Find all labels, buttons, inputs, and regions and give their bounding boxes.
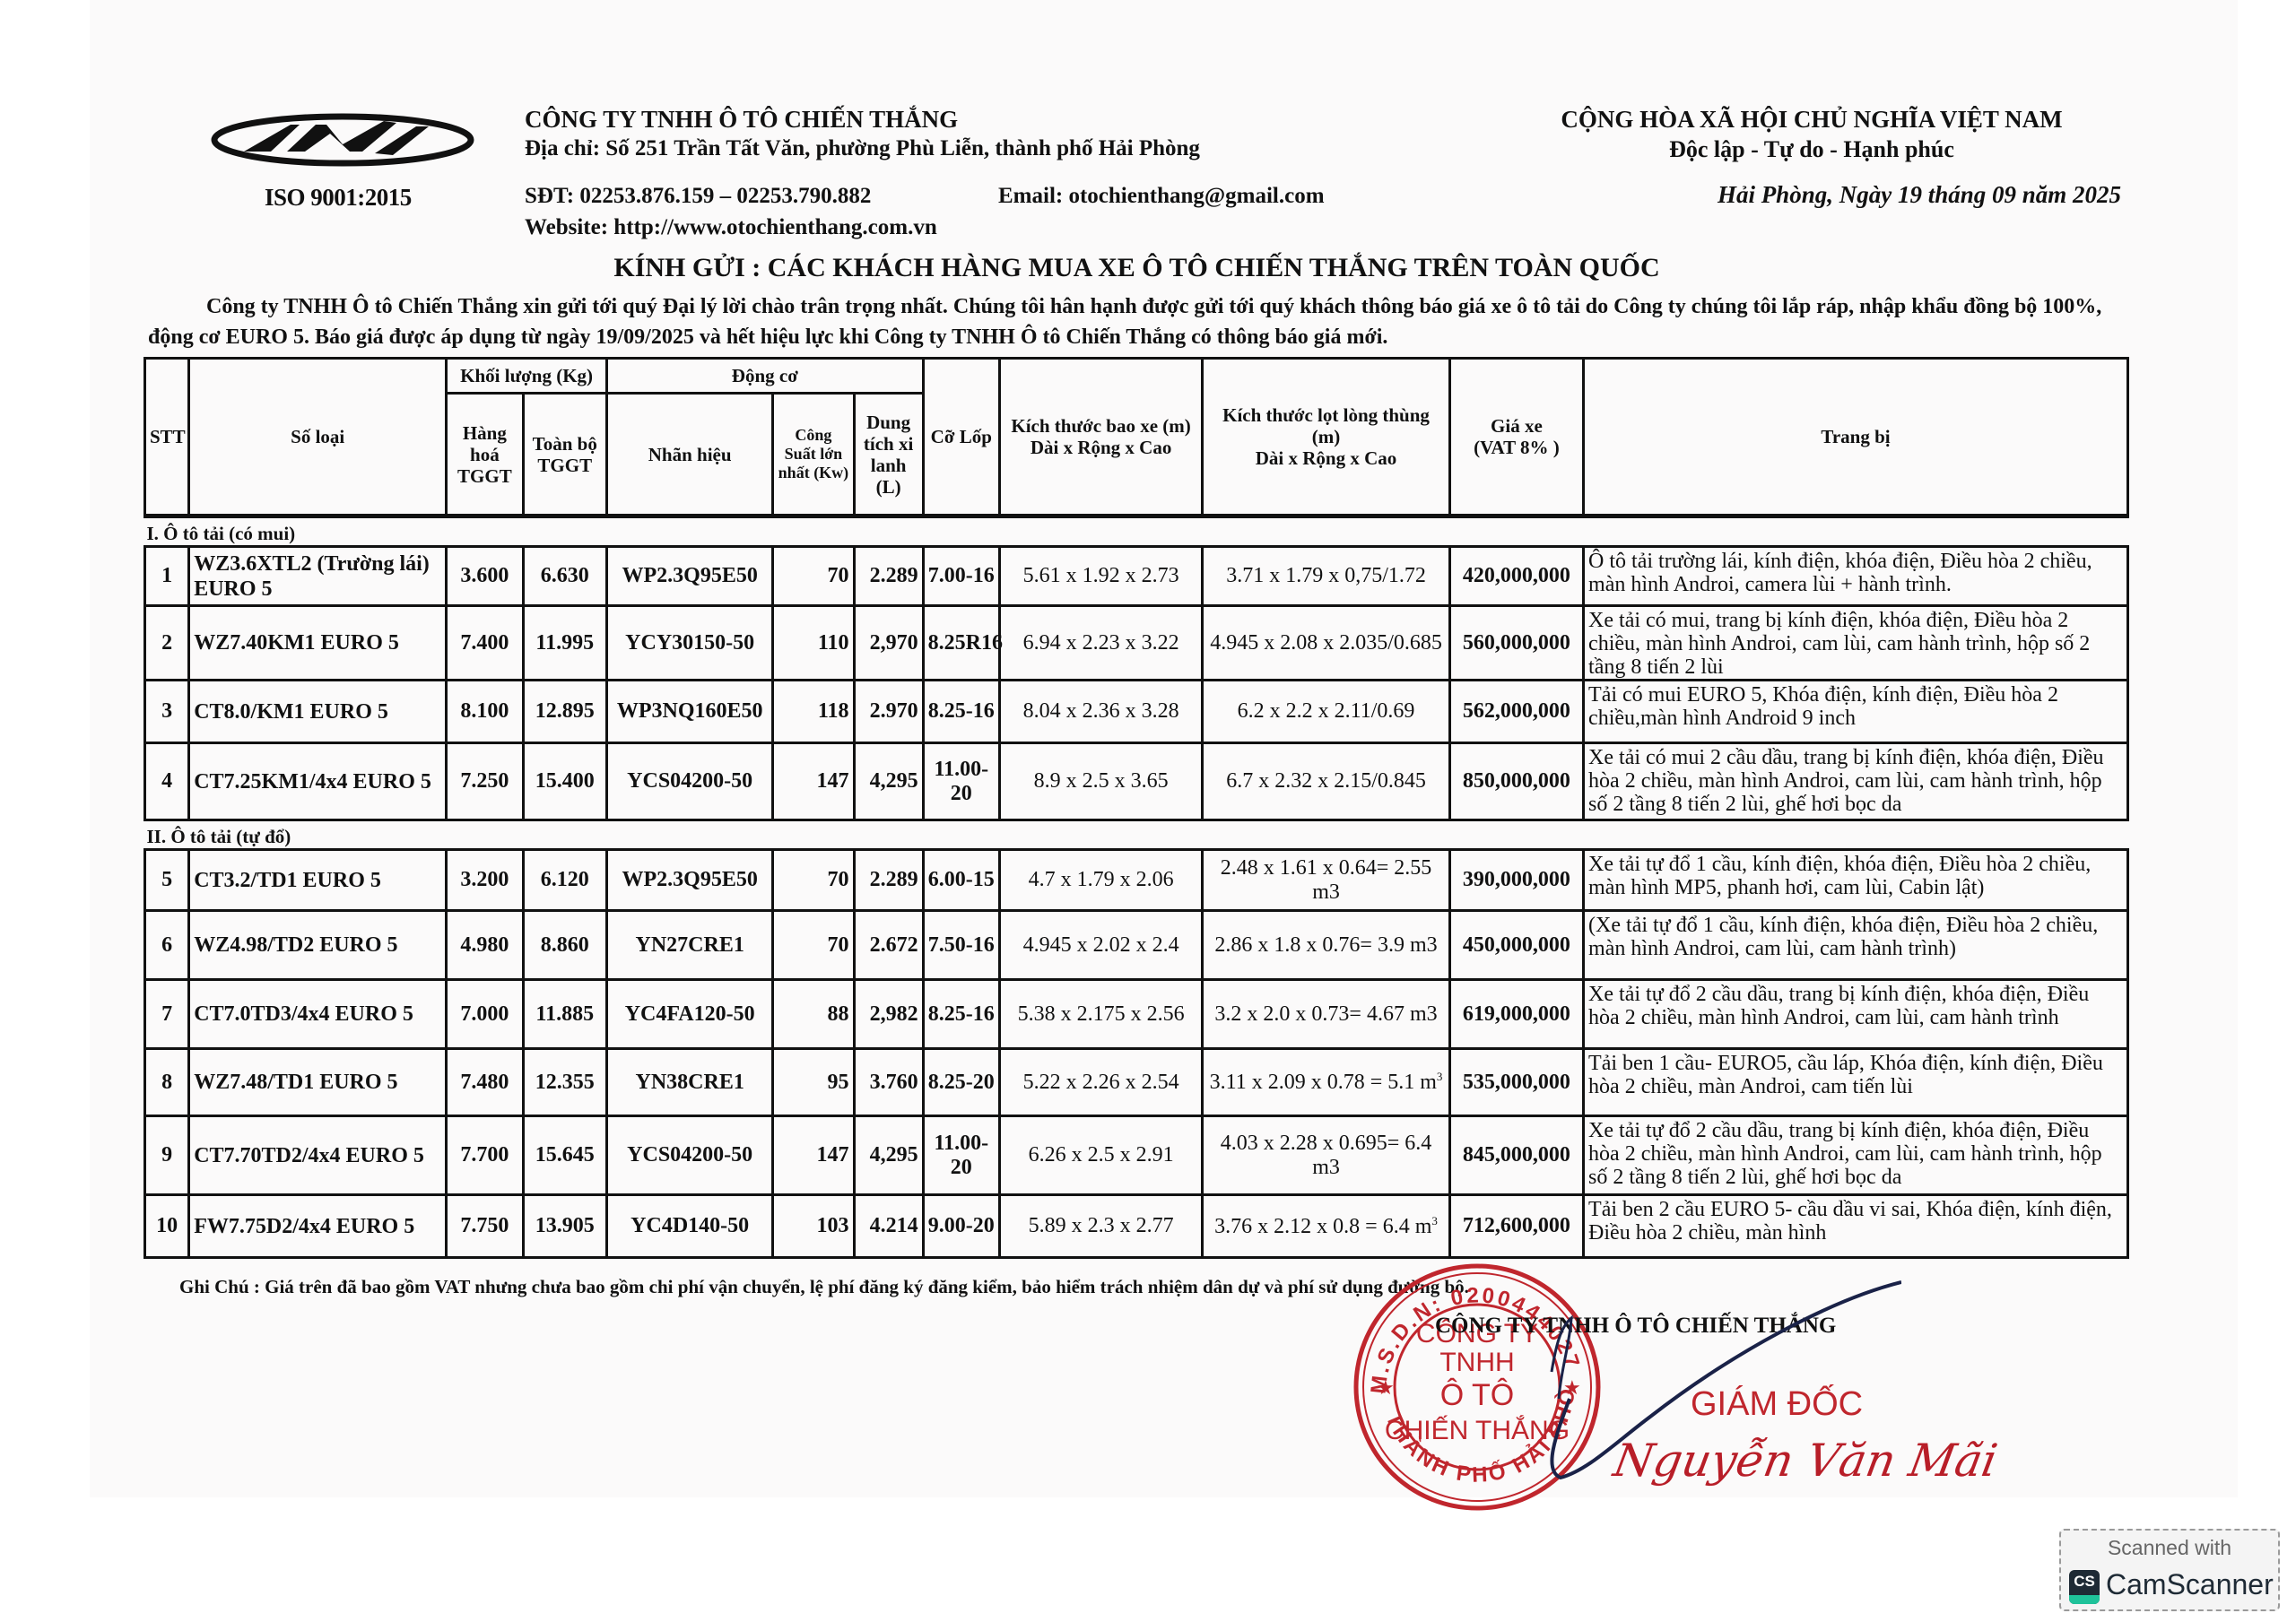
row-overall-dim: 5.38 x 2.175 x 2.56: [999, 980, 1202, 1049]
document-title: KÍNH GỬI : CÁC KHÁCH HÀNG MUA XE Ô TÔ CH…: [143, 253, 2130, 283]
row-overall-dim: 6.26 x 2.5 x 2.91: [999, 1116, 1202, 1195]
row-equipment: Xe tải có mui, trang bị kính điện, khóa …: [1584, 606, 2128, 681]
row-displacement: 4,295: [854, 1116, 923, 1195]
row-equipment: (Xe tải tự đổ 1 cầu, kính điện, khóa điệ…: [1584, 911, 2128, 980]
national-title: CỘNG HÒA XÃ HỘI CHỦ NGHĨA VIỆT NAM: [1453, 106, 2170, 134]
row-tire: 8.25-16: [923, 681, 999, 743]
col-cargo-mass: Hàng hoá TGGT: [447, 394, 523, 516]
row-displacement: 4.214: [854, 1195, 923, 1258]
row-tire: 11.00-20: [923, 1116, 999, 1195]
row-overall-dim: 5.61 x 1.92 x 2.73: [999, 547, 1202, 606]
col-price: Giá xe (VAT 8% ): [1449, 359, 1583, 516]
row-power: 95: [773, 1049, 854, 1116]
table-row: 2WZ7.40KM1 EURO 57.40011.995YCY30150-501…: [145, 606, 2128, 681]
row-power: 103: [773, 1195, 854, 1258]
row-stt: 5: [145, 850, 189, 911]
row-cargo-mass: 7.700: [447, 1116, 523, 1195]
row-model: WZ4.98/TD2 EURO 5: [189, 911, 447, 980]
table-row: 3CT8.0/KM1 EURO 58.10012.895WP3NQ160E501…: [145, 681, 2128, 743]
col-overall-dim: Kích thước bao xe (m) Dài x Rộng x Cao: [999, 359, 1202, 516]
row-tire: 7.50-16: [923, 911, 999, 980]
row-tire: 8.25-16: [923, 980, 999, 1049]
row-equipment: Tải ben 2 cầu EURO 5- cầu dầu vi sai, Kh…: [1584, 1195, 2128, 1258]
table-row: 5CT3.2/TD1 EURO 53.2006.120WP2.3Q95E5070…: [145, 850, 2128, 911]
row-overall-dim: 4.945 x 2.02 x 2.4: [999, 911, 1202, 980]
row-price: 619,000,000: [1449, 980, 1583, 1049]
row-overall-dim: 5.22 x 2.26 x 2.54: [999, 1049, 1202, 1116]
row-stt: 3: [145, 681, 189, 743]
row-engine-brand: YCS04200-50: [607, 743, 773, 820]
section-label: I. Ô tô tải (có mui): [145, 516, 2128, 547]
row-cargo-dim: 2.86 x 1.8 x 0.76= 3.9 m3: [1203, 911, 1450, 980]
col-model: Số loại: [189, 359, 447, 516]
row-model: CT7.0TD3/4x4 EURO 5: [189, 980, 447, 1049]
row-total-mass: 12.895: [523, 681, 607, 743]
watermark-brand: CamScanner: [2106, 1568, 2274, 1601]
row-model: CT8.0/KM1 EURO 5: [189, 681, 447, 743]
row-total-mass: 12.355: [523, 1049, 607, 1116]
row-total-mass: 6.120: [523, 850, 607, 911]
row-cargo-mass: 7.250: [447, 743, 523, 820]
row-cargo-mass: 3.200: [447, 850, 523, 911]
row-engine-brand: YCS04200-50: [607, 1116, 773, 1195]
row-total-mass: 13.905: [523, 1195, 607, 1258]
row-displacement: 2.289: [854, 850, 923, 911]
row-stt: 1: [145, 547, 189, 606]
row-price: 712,600,000: [1449, 1195, 1583, 1258]
col-cargo-dim-line1: Kích thước lọt lòng thùng (m): [1207, 404, 1445, 447]
national-motto: Độc lập - Tự do - Hạnh phúc: [1453, 136, 2170, 163]
col-overall-dim-line2: Dài x Rộng x Cao: [1004, 437, 1197, 458]
row-cargo-dim: 3.76 x 2.12 x 0.8 = 6.4 m3: [1203, 1195, 1450, 1258]
col-engine-brand: Nhãn hiệu: [607, 394, 773, 516]
col-total-mass: Toàn bộ TGGT: [523, 394, 607, 516]
row-power: 147: [773, 1116, 854, 1195]
col-tire: Cỡ Lốp: [923, 359, 999, 516]
row-model: WZ7.40KM1 EURO 5: [189, 606, 447, 681]
date-line: Hải Phòng, Ngày 19 tháng 09 năm 2025: [1718, 181, 2121, 209]
row-cargo-dim: 3.71 x 1.79 x 0,75/1.72: [1203, 547, 1450, 606]
row-engine-brand: YN27CRE1: [607, 911, 773, 980]
row-stt: 9: [145, 1116, 189, 1195]
row-cargo-mass: 7.750: [447, 1195, 523, 1258]
camscanner-logo-icon: CS: [2069, 1570, 2100, 1604]
row-overall-dim: 5.89 x 2.3 x 2.77: [999, 1195, 1202, 1258]
camscanner-watermark: Scanned with CS CamScanner: [2059, 1529, 2280, 1611]
row-model: WZ7.48/TD1 EURO 5: [189, 1049, 447, 1116]
row-cargo-mass: 7.000: [447, 980, 523, 1049]
row-engine-brand: YCY30150-50: [607, 606, 773, 681]
row-engine-brand: WP2.3Q95E50: [607, 850, 773, 911]
row-engine-brand: WP3NQ160E50: [607, 681, 773, 743]
row-displacement: 4,295: [854, 743, 923, 820]
row-displacement: 2.970: [854, 681, 923, 743]
col-group-mass: Khối lượng (Kg): [447, 359, 607, 394]
row-tire: 6.00-15: [923, 850, 999, 911]
director-name: Nguyễn Văn Mãi: [1610, 1435, 2001, 1487]
watermark-top-text: Scanned with: [2061, 1536, 2278, 1560]
company-email: Email: otochienthang@gmail.com: [998, 184, 1325, 209]
row-cargo-mass: 7.480: [447, 1049, 523, 1116]
row-engine-brand: YC4FA120-50: [607, 980, 773, 1049]
row-power: 147: [773, 743, 854, 820]
row-cargo-dim: 3.11 x 2.09 x 0.78 = 5.1 m3: [1203, 1049, 1450, 1116]
row-equipment: Xe tải tự đổ 2 cầu dầu, trang bị kính đi…: [1584, 1116, 2128, 1195]
company-logo-icon: [208, 112, 477, 168]
table-row: 10FW7.75D2/4x4 EURO 57.75013.905YC4D140-…: [145, 1195, 2128, 1258]
row-equipment: Ô tô tải trường lái, kính điện, khóa điệ…: [1584, 547, 2128, 606]
col-cargo-dim: Kích thước lọt lòng thùng (m) Dài x Rộng…: [1203, 359, 1450, 516]
row-power: 118: [773, 681, 854, 743]
col-equipment: Trang bị: [1584, 359, 2128, 516]
col-price-line2: (VAT 8% ): [1455, 437, 1578, 458]
row-overall-dim: 4.7 x 1.79 x 2.06: [999, 850, 1202, 911]
section-header: I. Ô tô tải (có mui): [145, 516, 2128, 547]
row-total-mass: 11.885: [523, 980, 607, 1049]
row-model: CT7.70TD2/4x4 EURO 5: [189, 1116, 447, 1195]
row-tire: 8.25R16: [923, 606, 999, 681]
row-equipment: Tải có mui EURO 5, Khóa điện, kính điện,…: [1584, 681, 2128, 743]
row-cargo-dim: 6.2 x 2.2 x 2.11/0.69: [1203, 681, 1450, 743]
company-phone: SĐT: 02253.876.159 – 02253.790.882: [525, 184, 871, 209]
row-model: CT7.25KM1/4x4 EURO 5: [189, 743, 447, 820]
section-header: II. Ô tô tải (tự đổ): [145, 820, 2128, 850]
row-total-mass: 8.860: [523, 911, 607, 980]
row-equipment: Tải ben 1 cầu- EURO5, cầu láp, Khóa điện…: [1584, 1049, 2128, 1116]
row-cargo-dim: 2.48 x 1.61 x 0.64= 2.55 m3: [1203, 850, 1450, 911]
row-stt: 7: [145, 980, 189, 1049]
company-website: Website: http://www.otochienthang.com.vn: [525, 215, 937, 240]
svg-text:★: ★: [1377, 1376, 1395, 1399]
table-row: 7CT7.0TD3/4x4 EURO 57.00011.885YC4FA120-…: [145, 980, 2128, 1049]
col-overall-dim-line1: Kích thước bao xe (m): [1004, 415, 1197, 437]
row-tire: 8.25-20: [923, 1049, 999, 1116]
stamp-line-2: TNHH: [1439, 1348, 1514, 1377]
row-stt: 4: [145, 743, 189, 820]
director-title: GIÁM ĐỐC: [1691, 1385, 1863, 1424]
row-price: 562,000,000: [1449, 681, 1583, 743]
footnote: Ghi Chú : Giá trên đã bao gồm VAT nhưng …: [179, 1276, 1469, 1298]
row-price: 535,000,000: [1449, 1049, 1583, 1116]
row-cargo-dim: 4.945 x 2.08 x 2.035/0.685: [1203, 606, 1450, 681]
row-stt: 8: [145, 1049, 189, 1116]
row-equipment: Xe tải tự đổ 2 cầu dầu, trang bị kính đi…: [1584, 980, 2128, 1049]
row-power: 88: [773, 980, 854, 1049]
row-power: 110: [773, 606, 854, 681]
intro-paragraph: Công ty TNHH Ô tô Chiến Thắng xin gửi tớ…: [148, 291, 2130, 352]
price-table-body: I. Ô tô tải (có mui)1WZ3.6XTL2 (Trường l…: [145, 516, 2128, 1258]
row-engine-brand: YC4D140-50: [607, 1195, 773, 1258]
section-label: II. Ô tô tải (tự đổ): [145, 820, 2128, 850]
row-displacement: 2,970: [854, 606, 923, 681]
stamp-line-3: Ô TÔ: [1440, 1378, 1515, 1412]
row-stt: 6: [145, 911, 189, 980]
row-displacement: 3.760: [854, 1049, 923, 1116]
row-model: CT3.2/TD1 EURO 5: [189, 850, 447, 911]
row-cargo-mass: 7.400: [447, 606, 523, 681]
row-price: 420,000,000: [1449, 547, 1583, 606]
row-engine-brand: WP2.3Q95E50: [607, 547, 773, 606]
row-displacement: 2.672: [854, 911, 923, 980]
row-total-mass: 15.400: [523, 743, 607, 820]
row-power: 70: [773, 850, 854, 911]
row-tire: 9.00-20: [923, 1195, 999, 1258]
row-displacement: 2.289: [854, 547, 923, 606]
row-power: 70: [773, 547, 854, 606]
row-equipment: Xe tải có mui 2 cầu dầu, trang bị kính đ…: [1584, 743, 2128, 820]
row-engine-brand: YN38CRE1: [607, 1049, 773, 1116]
company-name: CÔNG TY TNHH Ô TÔ CHIẾN THẮNG: [525, 106, 958, 134]
row-cargo-mass: 8.100: [447, 681, 523, 743]
company-address: Địa chỉ: Số 251 Trần Tất Văn, phường Phù…: [525, 136, 1200, 161]
row-model: WZ3.6XTL2 (Trường lái) EURO 5: [189, 547, 447, 606]
row-equipment: Xe tải tự đổ 1 cầu, kính điện, khóa điện…: [1584, 850, 2128, 911]
row-overall-dim: 6.94 x 2.23 x 3.22: [999, 606, 1202, 681]
iso-certification: ISO 9001:2015: [265, 184, 412, 212]
row-price: 450,000,000: [1449, 911, 1583, 980]
row-power: 70: [773, 911, 854, 980]
row-price: 390,000,000: [1449, 850, 1583, 911]
row-price: 560,000,000: [1449, 606, 1583, 681]
table-row: 9CT7.70TD2/4x4 EURO 57.70015.645YCS04200…: [145, 1116, 2128, 1195]
row-stt: 10: [145, 1195, 189, 1258]
row-stt: 2: [145, 606, 189, 681]
col-power: Công Suất lớn nhất (Kw): [773, 394, 854, 516]
col-price-line1: Giá xe: [1455, 415, 1578, 437]
row-tire: 7.00-16: [923, 547, 999, 606]
row-cargo-dim: 4.03 x 2.28 x 0.695= 6.4 m3: [1203, 1116, 1450, 1195]
row-price: 845,000,000: [1449, 1116, 1583, 1195]
row-overall-dim: 8.04 x 2.36 x 3.28: [999, 681, 1202, 743]
row-total-mass: 6.630: [523, 547, 607, 606]
col-displacement: Dung tích xi lanh (L): [854, 394, 923, 516]
row-cargo-mass: 4.980: [447, 911, 523, 980]
row-tire: 11.00-20: [923, 743, 999, 820]
row-cargo-dim: 6.7 x 2.32 x 2.15/0.845: [1203, 743, 1450, 820]
col-cargo-dim-line2: Dài x Rộng x Cao: [1207, 447, 1445, 469]
table-row: 1WZ3.6XTL2 (Trường lái) EURO 53.6006.630…: [145, 547, 2128, 606]
row-price: 850,000,000: [1449, 743, 1583, 820]
col-group-engine: Động cơ: [607, 359, 924, 394]
row-total-mass: 11.995: [523, 606, 607, 681]
table-row: 8WZ7.48/TD1 EURO 57.48012.355YN38CRE1953…: [145, 1049, 2128, 1116]
row-cargo-mass: 3.600: [447, 547, 523, 606]
row-overall-dim: 8.9 x 2.5 x 3.65: [999, 743, 1202, 820]
row-displacement: 2,982: [854, 980, 923, 1049]
row-cargo-dim: 3.2 x 2.0 x 0.73= 4.67 m3: [1203, 980, 1450, 1049]
price-table: STT Số loại Khối lượng (Kg) Động cơ Cỡ L…: [143, 357, 2129, 1259]
row-total-mass: 15.645: [523, 1116, 607, 1195]
row-model: FW7.75D2/4x4 EURO 5: [189, 1195, 447, 1258]
col-stt: STT: [145, 359, 189, 516]
table-row: 4CT7.25KM1/4x4 EURO 57.25015.400YCS04200…: [145, 743, 2128, 820]
table-row: 6WZ4.98/TD2 EURO 54.9808.860YN27CRE1702.…: [145, 911, 2128, 980]
